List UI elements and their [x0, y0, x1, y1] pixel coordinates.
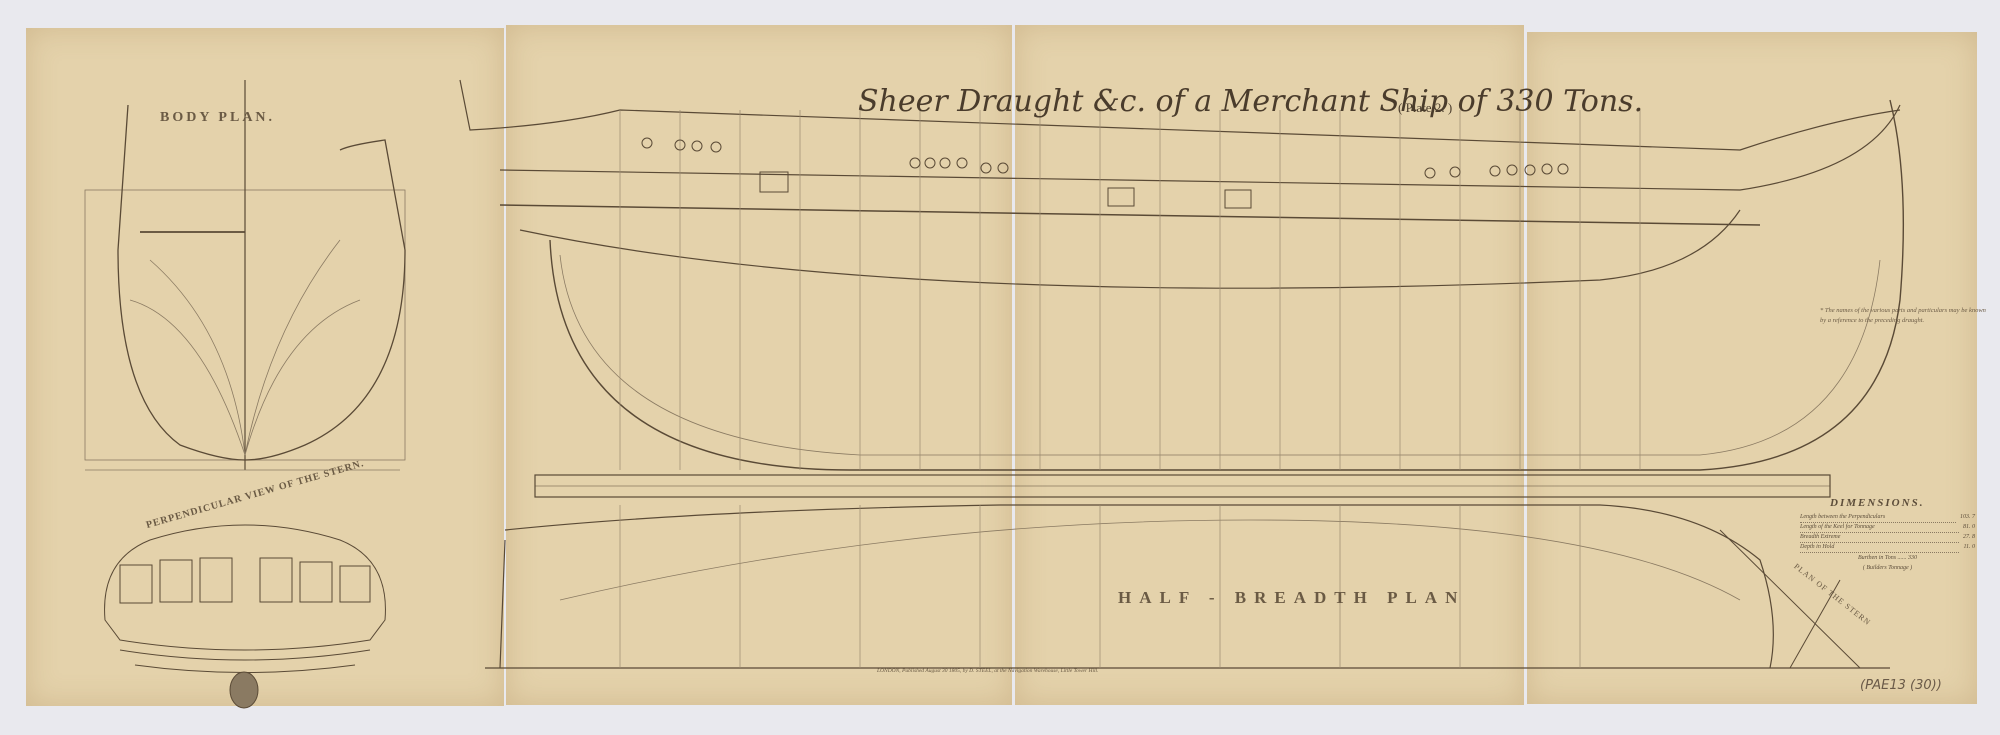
dimension-row: Breadth Extreme 27. 8: [1800, 533, 1975, 543]
dimension-row: Length of the Keel for Tonnage 81. 0: [1800, 523, 1975, 533]
burthen-line: Burthen in Tons ...... 330: [1800, 553, 1975, 563]
half-breadth-label: HALF - BREADTH PLAN: [1118, 588, 1465, 608]
drawing-title: Sheer Draught &c. of a Merchant Ship of …: [858, 84, 1643, 119]
dimensions-heading: DIMENSIONS.: [1830, 497, 1975, 509]
station-lines: [620, 110, 1640, 470]
scale-bar: [535, 475, 1830, 497]
reference-note: * The names of the various parts and par…: [1820, 306, 1990, 326]
body-plan-drawing: [85, 80, 405, 470]
stern-view-drawing: [105, 525, 386, 708]
publisher-imprint: LONDON, Published August 30 1805, by D. …: [877, 668, 1098, 674]
dimension-row: Length between the Perpendiculars 103. 7: [1800, 513, 1975, 523]
chain-plates: [642, 138, 1568, 208]
body-plan-label: BODY PLAN.: [160, 110, 275, 126]
half-breadth-stations: [620, 505, 1580, 668]
plate-number: ( Plate 2. ): [1398, 100, 1452, 116]
catalog-mark: (PAE13 (30)): [1860, 678, 1942, 693]
tonnage-note: ( Builders Tonnage ): [1800, 563, 1975, 573]
half-breadth-drawing: [485, 505, 1890, 668]
dimension-row: Depth in Hold 11. 0: [1800, 543, 1975, 553]
sheer-plan-drawing: [460, 80, 1903, 470]
dimensions-table: DIMENSIONS. Length between the Perpendic…: [1800, 497, 1975, 573]
